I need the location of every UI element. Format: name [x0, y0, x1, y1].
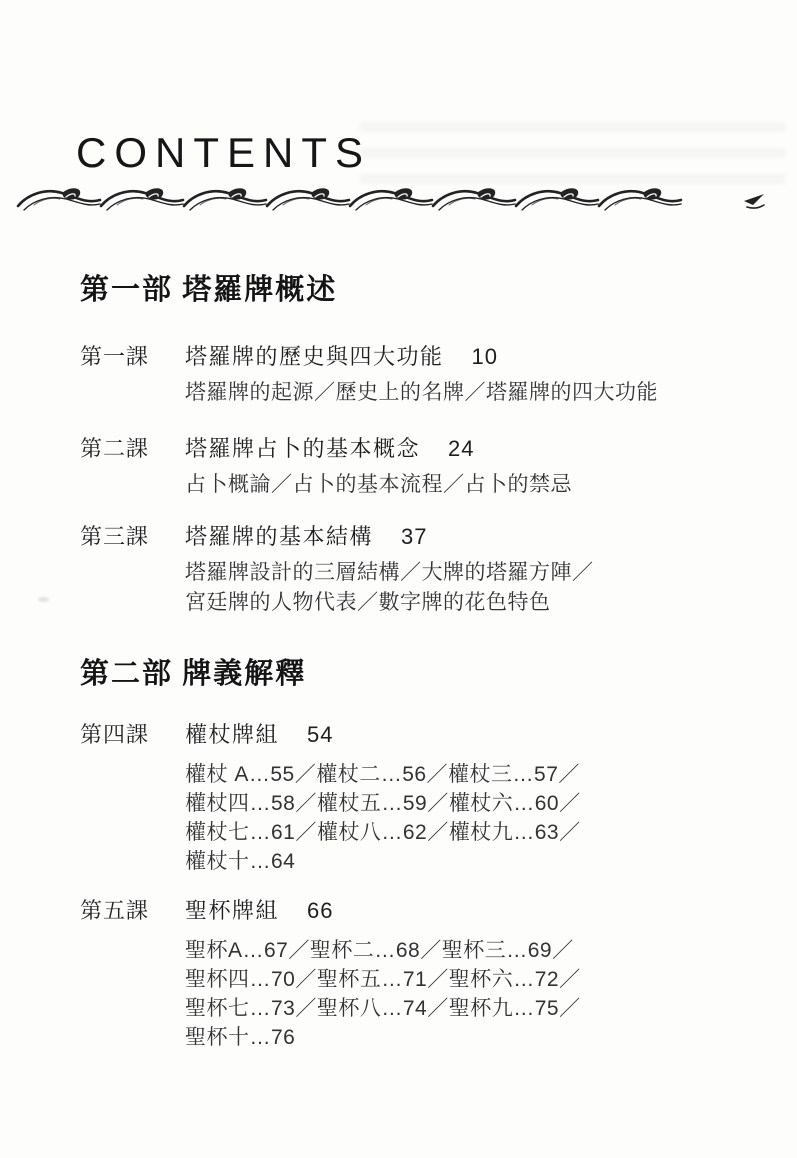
subentries-line: 權杖十…64 — [185, 847, 740, 876]
lesson-body: 聖杯牌組 66 聖杯A…67／聖杯二…68／聖杯三…69／ 聖杯四…70／聖杯五… — [185, 896, 740, 1052]
subentries-line: 聖杯四…70／聖杯五…71／聖杯六…72／ — [185, 965, 740, 994]
toc-lesson-row: 第五課 聖杯牌組 66 聖杯A…67／聖杯二…68／聖杯三…69／ 聖杯四…70… — [80, 896, 740, 1052]
lesson-title: 權杖牌組 — [185, 720, 279, 750]
subentries-line: 聖杯七…73／聖杯八…74／聖杯九…75／ — [185, 994, 740, 1023]
page-number: 24 — [448, 434, 474, 464]
page-bleedthrough-noise — [360, 122, 785, 194]
table-of-contents: 第一部 塔羅牌概述 第一課 塔羅牌的歷史與四大功能 10 塔羅牌的起源／歷史上的… — [80, 272, 740, 1052]
lesson-label: 第二課 — [80, 434, 185, 464]
lesson-subentries: 占卜概論／占卜的基本流程／占卜的禁忌 — [185, 470, 740, 500]
page-title: CONTENTS — [76, 130, 371, 176]
subentries-line: 宮廷牌的人物代表／數字牌的花色特色 — [185, 588, 740, 618]
page-number: 37 — [401, 522, 427, 552]
subentries-line: 占卜概論／占卜的基本流程／占卜的禁忌 — [185, 470, 740, 500]
page-number: 66 — [307, 896, 333, 926]
lesson-title: 聖杯牌組 — [185, 896, 279, 926]
toc-lesson-row: 第一課 塔羅牌的歷史與四大功能 10 塔羅牌的起源／歷史上的名牌／塔羅牌的四大功… — [80, 342, 740, 408]
lesson-label: 第三課 — [80, 522, 185, 552]
lesson-label: 第五課 — [80, 896, 185, 926]
subentries-line: 權杖七…61／權杖八…62／權杖九…63／ — [185, 818, 740, 847]
subentries-line: 聖杯十…76 — [185, 1023, 740, 1052]
lesson-title: 塔羅牌占卜的基本概念 — [185, 434, 420, 464]
page-number: 54 — [307, 720, 333, 750]
toc-lesson-row: 第二課 塔羅牌占卜的基本概念 24 占卜概論／占卜的基本流程／占卜的禁忌 — [80, 434, 740, 500]
subentries-line: 塔羅牌設計的三層結構／大牌的塔羅方陣／ — [185, 558, 740, 588]
lesson-body: 塔羅牌的歷史與四大功能 10 塔羅牌的起源／歷史上的名牌／塔羅牌的四大功能 — [185, 342, 740, 408]
lesson-title-line: 塔羅牌的基本結構 37 — [185, 522, 740, 552]
lesson-body: 塔羅牌占卜的基本概念 24 占卜概論／占卜的基本流程／占卜的禁忌 — [185, 434, 740, 500]
lesson-subentries: 聖杯A…67／聖杯二…68／聖杯三…69／ 聖杯四…70／聖杯五…71／聖杯六…… — [185, 936, 740, 1052]
toc-lesson-row: 第三課 塔羅牌的基本結構 37 塔羅牌設計的三層結構／大牌的塔羅方陣／ 宮廷牌的… — [80, 522, 740, 618]
wave-divider-ornament — [16, 185, 786, 219]
lesson-label: 第四課 — [80, 720, 185, 750]
lesson-subentries: 塔羅牌的起源／歷史上的名牌／塔羅牌的四大功能 — [185, 378, 740, 408]
subentries-line: 權杖四…58／權杖五…59／權杖六…60／ — [185, 789, 740, 818]
lesson-label: 第一課 — [80, 342, 185, 372]
lesson-title-line: 權杖牌組 54 — [185, 720, 740, 750]
lesson-title-line: 聖杯牌組 66 — [185, 896, 740, 926]
lesson-title-line: 塔羅牌的歷史與四大功能 10 — [185, 342, 740, 372]
lesson-body: 權杖牌組 54 權杖 A…55／權杖二…56／權杖三…57／ 權杖四…58／權杖… — [185, 720, 740, 876]
subentries-line: 權杖 A…55／權杖二…56／權杖三…57／ — [185, 760, 740, 789]
lesson-title-line: 塔羅牌占卜的基本概念 24 — [185, 434, 740, 464]
scanned-toc-page: CONTENTS 第一部 塔羅牌概述 第一課 — [0, 0, 797, 1158]
wave-end-flourish — [744, 194, 764, 208]
lesson-subentries: 塔羅牌設計的三層結構／大牌的塔羅方陣／ 宮廷牌的人物代表／數字牌的花色特色 — [185, 558, 740, 618]
toc-lesson-row: 第四課 權杖牌組 54 權杖 A…55／權杖二…56／權杖三…57／ 權杖四…5… — [80, 720, 740, 876]
lesson-body: 塔羅牌的基本結構 37 塔羅牌設計的三層結構／大牌的塔羅方陣／ 宮廷牌的人物代表… — [185, 522, 740, 618]
scan-smudge — [38, 597, 49, 602]
subentries-line: 塔羅牌的起源／歷史上的名牌／塔羅牌的四大功能 — [185, 378, 740, 408]
part-heading-1: 第一部 塔羅牌概述 — [80, 272, 740, 308]
subentries-line: 聖杯A…67／聖杯二…68／聖杯三…69／ — [185, 936, 740, 965]
lesson-title: 塔羅牌的歷史與四大功能 — [185, 342, 444, 372]
page-number: 10 — [472, 342, 498, 372]
lesson-subentries: 權杖 A…55／權杖二…56／權杖三…57／ 權杖四…58／權杖五…59／權杖六… — [185, 760, 740, 876]
part-heading-2: 第二部 牌義解釋 — [80, 656, 740, 692]
lesson-title: 塔羅牌的基本結構 — [185, 522, 373, 552]
